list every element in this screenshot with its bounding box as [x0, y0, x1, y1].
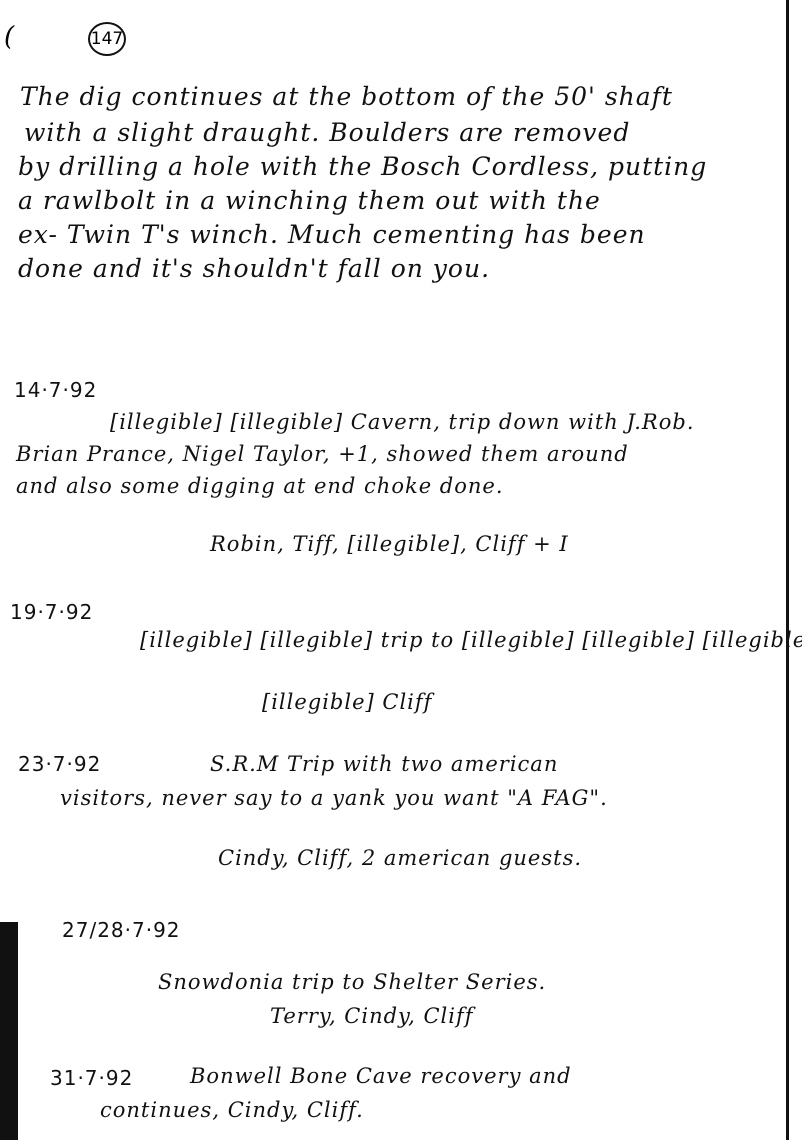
entry-party: Terry, Cindy, Cliff: [270, 1004, 474, 1028]
entry-line: S.R.M Trip with two american: [210, 752, 558, 776]
binding-shadow: [0, 922, 18, 1140]
margin-mark: (: [4, 22, 14, 52]
entry-date: 23·7·92: [18, 752, 101, 776]
entry-line: continues, Cindy, Cliff.: [100, 1098, 364, 1122]
entry-line: [illegible] [illegible] Cavern, trip dow…: [110, 410, 695, 434]
entry-line: visitors, never say to a yank you want "…: [60, 786, 608, 810]
intro-line: a rawlbolt in a winching them out with t…: [18, 186, 601, 215]
intro-line: by drilling a hole with the Bosch Cordle…: [18, 152, 707, 181]
notebook-page: ( 147 The dig continues at the bottom of…: [0, 0, 802, 1140]
page-number-circle: 147: [88, 22, 126, 56]
entry-line: [illegible] [illegible] trip to [illegib…: [140, 628, 802, 652]
entry-party: Robin, Tiff, [illegible], Cliff + I: [210, 532, 569, 556]
entry-line: and also some digging at end choke done.: [16, 474, 504, 498]
intro-line: The dig continues at the bottom of the 5…: [20, 82, 673, 111]
entry-line: Snowdonia trip to Shelter Series.: [158, 970, 546, 994]
entry-line: Brian Prance, Nigel Taylor, +1, showed t…: [16, 442, 629, 466]
intro-line: ex- Twin T's winch. Much cementing has b…: [18, 220, 646, 249]
intro-line: done and it's shouldn't fall on you.: [18, 254, 490, 283]
entry-date: 31·7·92: [50, 1066, 133, 1090]
entry-party: [illegible] Cliff: [262, 690, 432, 714]
entry-date: 19·7·92: [10, 600, 93, 624]
entry-date: 14·7·92: [14, 378, 97, 402]
entry-date: 27/28·7·92: [62, 918, 181, 942]
intro-line: with a slight draught. Boulders are remo…: [24, 118, 630, 147]
entry-party: Cindy, Cliff, 2 american guests.: [218, 846, 582, 870]
page-edge-rule: [786, 0, 789, 1140]
entry-line: Bonwell Bone Cave recovery and: [190, 1064, 572, 1088]
